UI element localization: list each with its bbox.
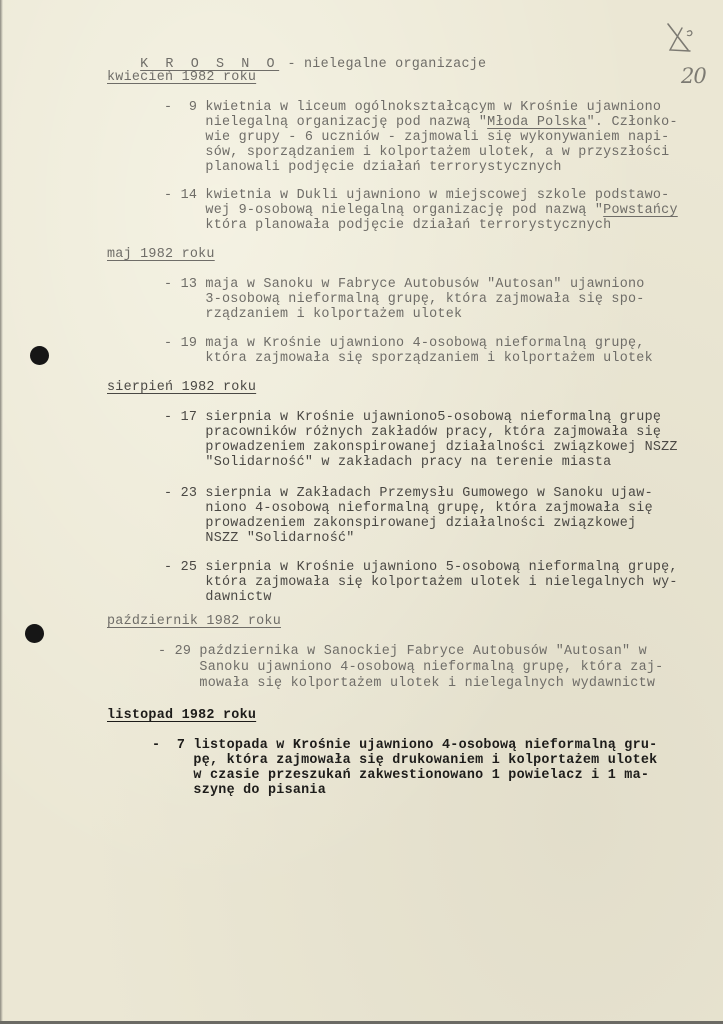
entry-line: nielegalną organizację pod nazwą "Młoda … (164, 116, 678, 130)
entry-line: - 9 kwietnia w liceum ogólnokształcącym … (164, 101, 661, 115)
title-subject: - nielegalne organizacje (279, 57, 486, 72)
entry-line-prefix: nielegalną organizację pod nazwą " (164, 115, 487, 130)
entry-line: - 14 kwietnia w Dukli ujawniono w miejsc… (164, 189, 669, 203)
entry-line: która zajmowała się sporządzaniem i kolp… (164, 352, 653, 366)
entry-line: mowała się kolportażem ulotek i nielegal… (158, 677, 655, 691)
entry-line: - 17 sierpnia w Krośnie ujawniono5-osobo… (164, 411, 661, 425)
section-heading-april: kwiecień 1982 roku (107, 71, 256, 85)
section-heading-august: sierpień 1982 roku (107, 381, 256, 395)
section-heading-october: październik 1982 roku (107, 615, 281, 629)
entry-line: - 7 listopada w Krośnie ujawniono 4-osob… (152, 739, 657, 753)
entry-line: 3-osobową nieformalną grupę, która zajmo… (164, 293, 645, 307)
handwritten-mark-icon (660, 20, 696, 56)
document-page: 20 K R O S N O - nielegalne organizacje … (0, 0, 723, 1024)
entry-line: pę, która zajmowała się drukowaniem i ko… (152, 754, 657, 768)
entry-line: prowadzeniem zakonspirowanej działalnośc… (164, 517, 636, 531)
organization-name: Powstańcy (603, 203, 678, 218)
entry-line: dawnictw (164, 591, 272, 605)
binder-hole-icon (30, 346, 49, 365)
section-heading-november: listopad 1982 roku (107, 709, 256, 723)
entry-line: która zajmowała się kolportażem ulotek i… (164, 576, 678, 590)
entry-line-suffix: ". Członko- (587, 115, 678, 130)
entry-line: prowadzeniem zakonspirowanej działalnośc… (164, 441, 678, 455)
section-heading-may: maj 1982 roku (107, 248, 215, 262)
entry-line: "Solidarność" w zakładach pracy na teren… (164, 456, 611, 470)
entry-line: niono 4-osobową nieformalną grupę, która… (164, 502, 653, 516)
page-number: 20 (681, 64, 706, 88)
binder-hole-icon (25, 624, 44, 643)
entry-line: Sanoku ujawniono 4-osobową nieformalną g… (158, 661, 663, 675)
entry-line: - 19 maja w Krośnie ujawniono 4-osobową … (164, 337, 645, 351)
entry-line: wej 9-osobową nielegalną organizację pod… (164, 204, 678, 218)
entry-line: - 13 maja w Sanoku w Fabryce Autobusów "… (164, 278, 645, 292)
entry-line: rządzaniem i kolportażem ulotek (164, 308, 462, 322)
entry-line: planowali podjęcie działań terrorystyczn… (164, 161, 562, 175)
entry-line: - 23 sierpnia w Zakładach Przemysłu Gumo… (164, 487, 653, 501)
entry-line: - 29 października w Sanockiej Fabryce Au… (158, 645, 647, 659)
entry-line: pracowników różnych zakładów pracy, któr… (164, 426, 661, 440)
organization-name: Młoda Polska (487, 115, 586, 130)
entry-line: sów, sporządzaniem i kolportażem ulotek,… (164, 146, 669, 160)
entry-line: w czasie przeszukań zakwestionowano 1 po… (152, 769, 649, 783)
entry-line: wie grupy - 6 uczniów - zajmowali się wy… (164, 131, 669, 145)
entry-line: - 25 sierpnia w Krośnie ujawniono 5-osob… (164, 561, 678, 575)
entry-line: NSZZ "Solidarność" (164, 532, 355, 546)
entry-line-prefix: wej 9-osobową nielegalną organizację pod… (164, 203, 603, 218)
page-edge-shadow (0, 0, 3, 1024)
entry-line: szynę do pisania (152, 784, 326, 798)
entry-line: która planowała podjęcie działań terrory… (164, 219, 611, 233)
